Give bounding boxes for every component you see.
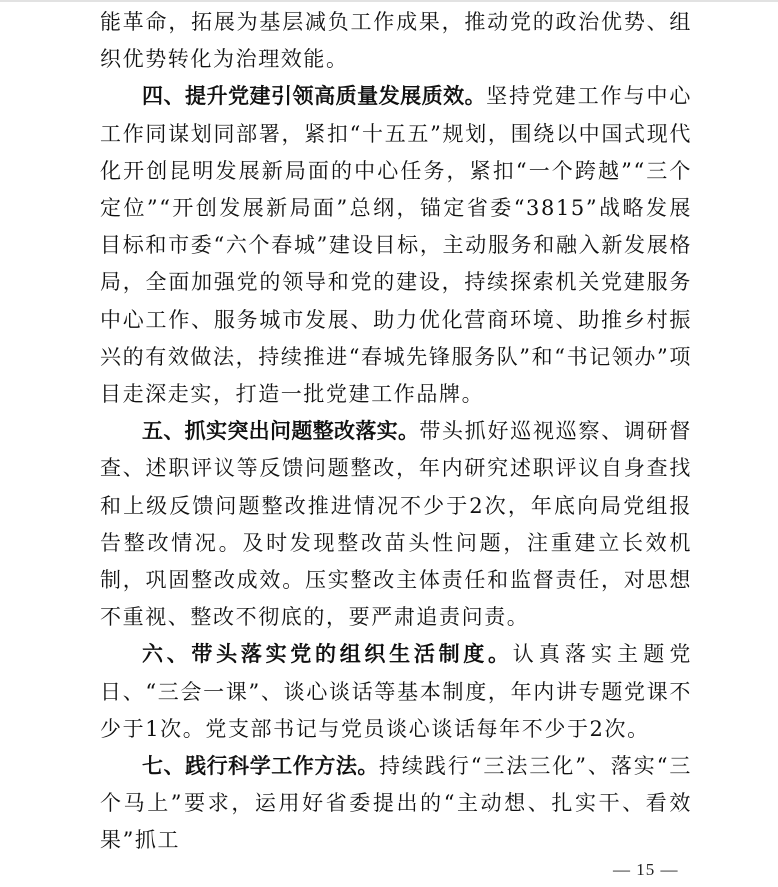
page-number: — 15 — [613, 860, 679, 880]
paragraph-section-4: 四、提升党建引领高质量发展质效。坚持党建工作与中心工作同谋划同部署，紧扣“十五五… [100, 78, 692, 413]
section-heading: 四、提升党建引领高质量发展质效。 [142, 84, 486, 108]
paragraph-section-7: 七、践行科学工作方法。持续践行“三法三化”、落实“三个马上”要求，运用好省委提出… [100, 748, 692, 860]
paragraph-body: 坚持党建工作与中心工作同谋划同部署，紧扣“十五五”规划，围绕以中国式现代化开创昆… [100, 84, 692, 406]
paragraph-section-5: 五、抓实突出问题整改落实。带头抓好巡视巡察、调研督查、述职评议等反馈问题整改，年… [100, 413, 692, 636]
section-heading: 六、带头落实党的组织生活制度。 [142, 642, 513, 666]
paragraph-body: 能革命，拓展为基层减负工作成果，推动党的政治优势、组织优势转化为治理效能。 [100, 10, 692, 71]
section-heading: 七、践行科学工作方法。 [142, 754, 379, 778]
paragraph-section-6: 六、带头落实党的组织生活制度。认真落实主题党日、“三会一课”、谈心谈话等基本制度… [100, 636, 692, 748]
section-heading: 五、抓实突出问题整改落实。 [142, 419, 419, 443]
document-page: 能革命，拓展为基层减负工作成果，推动党的政治优势、组织优势转化为治理效能。 四、… [100, 4, 692, 860]
paragraph-body: 带头抓好巡视巡察、调研督查、述职评议等反馈问题整改，年内研究述职评议自身查找和上… [100, 419, 692, 629]
paragraph-continuation: 能革命，拓展为基层减负工作成果，推动党的政治优势、组织优势转化为治理效能。 [100, 4, 692, 78]
